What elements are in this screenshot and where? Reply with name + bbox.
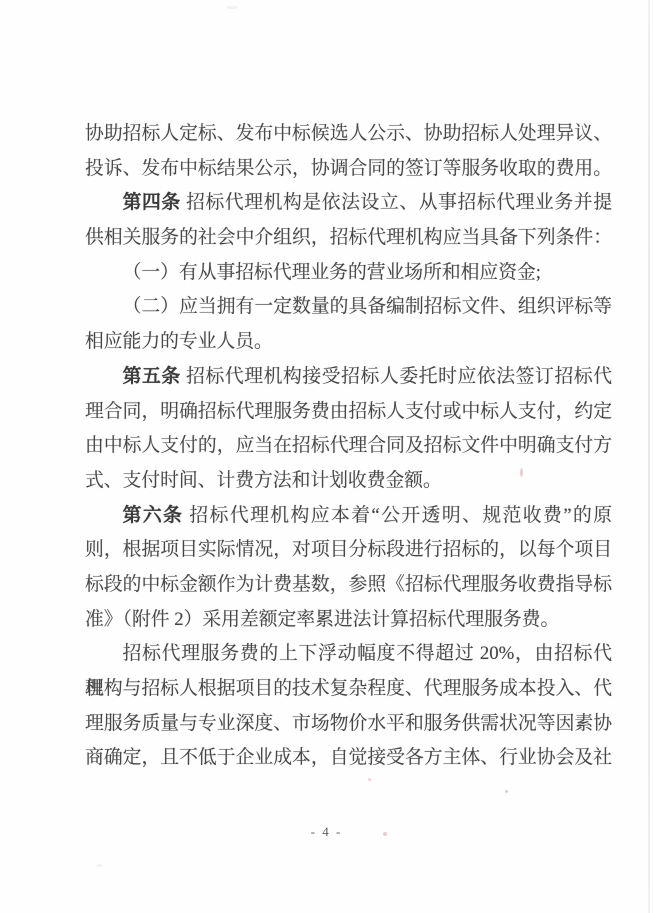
- text-line: （一）有从事招标代理业务的营业场所和相应资金;: [85, 256, 612, 291]
- line-text: 理合同，明确招标代理服务费由招标人支付或中标人支付，约定: [85, 401, 612, 422]
- line-text: 供相关服务的社会中介组织，招标代理机构应当具备下列条件：: [85, 227, 612, 248]
- scan-speck: [368, 778, 371, 781]
- article-number-label: 第四条: [123, 192, 181, 213]
- article-number-label: 第五条: [123, 366, 181, 387]
- text-line: 则，根据项目实际情况，对项目分标段进行招标的，以每个项目: [85, 533, 612, 568]
- line-text: 投诉、发布中标结果公示，协调合同的签订等服务收取的费用。: [85, 158, 612, 179]
- text-line: 理服务质量与专业深度、市场物价水平和服务供需状况等因素协: [85, 707, 612, 742]
- line-text: 式、支付时间、计费方法和计划收费金额。: [85, 470, 442, 491]
- page-number: - 4 -: [0, 824, 653, 840]
- text-line: 第四条 招标代理机构是依法设立、从事招标代理业务并提: [85, 186, 612, 221]
- document-page: 协助招标人定标、发布中标候选人公示、协助招标人处理异议、投诉、发布中标结果公示，…: [0, 0, 653, 913]
- line-text: 理服务质量与专业深度、市场物价水平和服务供需状况等因素协: [85, 713, 612, 734]
- line-text: 准》（附件 2）采用差额定率累进法计算招标代理服务费。: [85, 609, 559, 630]
- text-line: 式、支付时间、计费方法和计划收费金额。: [85, 464, 612, 499]
- text-line: 相应能力的专业人员。: [85, 325, 612, 360]
- line-text: 由中标人支付的，应当在招标代理合同及招标文件中明确支付方: [85, 435, 612, 456]
- text-line: 由中标人支付的，应当在招标代理合同及招标文件中明确支付方: [85, 429, 612, 464]
- line-text: （一）有从事招标代理业务的营业场所和相应资金;: [123, 262, 541, 283]
- line-text: 招标代理机构应本着“公开透明、规范收费”的原: [183, 505, 612, 526]
- text-line: 理合同，明确招标代理服务费由招标人支付或中标人支付，约定: [85, 395, 612, 430]
- scan-speck: [383, 832, 387, 836]
- text-line: 商确定，且不低于企业成本，自觉接受各方主体、行业协会及社: [85, 741, 612, 776]
- line-text: 标段的中标金额作为计费基数，参照《招标代理服务收费指导标: [85, 574, 612, 595]
- text-block: 协助招标人定标、发布中标候选人公示、协助招标人处理异议、投诉、发布中标结果公示，…: [85, 117, 612, 776]
- text-line: （二）应当拥有一定数量的具备编制招标文件、组织评标等: [85, 290, 612, 325]
- text-line: 第五条 招标代理机构接受招标人委托时应依法签订招标代: [85, 360, 612, 395]
- line-text: 商确定，且不低于企业成本，自觉接受各方主体、行业协会及社: [85, 747, 612, 768]
- text-line: 第六条 招标代理机构应本着“公开透明、规范收费”的原: [85, 499, 612, 534]
- scan-edge-shadow: [648, 0, 650, 913]
- text-line: 供相关服务的社会中介组织，招标代理机构应当具备下列条件：: [85, 221, 612, 256]
- article-number-label: 第六条: [123, 505, 184, 526]
- line-text: 则，根据项目实际情况，对项目分标段进行招标的，以每个项目: [85, 539, 612, 560]
- scan-speck: [520, 468, 523, 477]
- text-line: 机构与招标人根据项目的技术复杂程度、代理服务成本投入、代: [85, 672, 612, 707]
- text-line: 招标代理服务费的上下浮动幅度不得超过 20%，由招标代理: [85, 637, 612, 672]
- line-text: 招标代理机构是依法设立、从事招标代理业务并提: [181, 192, 612, 213]
- line-text: 招标代理机构接受招标人委托时应依法签订招标代: [181, 366, 612, 387]
- scan-speck: [505, 790, 508, 793]
- line-text: 机构与招标人根据项目的技术复杂程度、代理服务成本投入、代: [85, 678, 612, 699]
- line-text: 协助招标人定标、发布中标候选人公示、协助招标人处理异议、: [85, 123, 612, 144]
- text-line: 准》（附件 2）采用差额定率累进法计算招标代理服务费。: [85, 603, 612, 638]
- line-text: 相应能力的专业人员。: [85, 331, 273, 352]
- text-line: 标段的中标金额作为计费基数，参照《招标代理服务收费指导标: [85, 568, 612, 603]
- scan-speck: [226, 6, 238, 9]
- text-line: 协助招标人定标、发布中标候选人公示、协助招标人处理异议、: [85, 117, 612, 152]
- line-text: （二）应当拥有一定数量的具备编制招标文件、组织评标等: [123, 296, 612, 317]
- text-line: 投诉、发布中标结果公示，协调合同的签订等服务收取的费用。: [85, 152, 612, 187]
- scan-speck: [96, 864, 102, 867]
